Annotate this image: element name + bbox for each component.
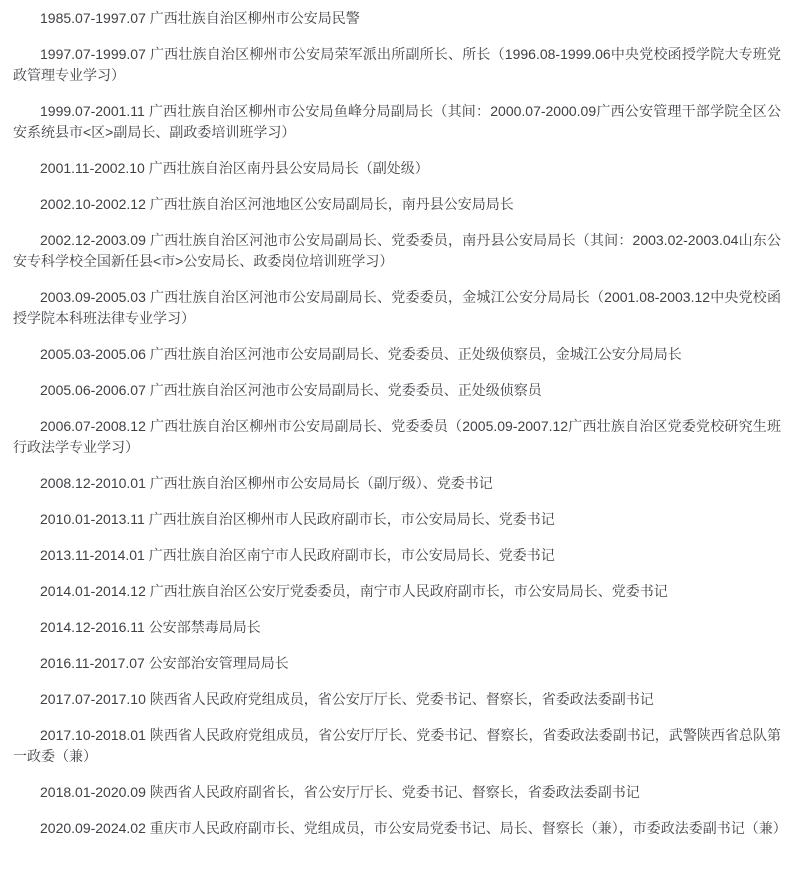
career-entry: 2018.01-2020.09 陕西省人民政府副省长，省公安厅厅长、党委书记、督… bbox=[13, 782, 781, 803]
entry-period: 1999.07-2001.11 bbox=[40, 103, 145, 119]
career-entry: 2008.12-2010.01 广西壮族自治区柳州市公安局局长（副厅级）、党委书… bbox=[13, 473, 781, 494]
entry-period: 2013.11-2014.01 bbox=[40, 547, 145, 563]
entry-description: 重庆市人民政府副市长、党组成员，市公安局党委书记、局长、督察长（兼），市委政法委… bbox=[146, 820, 787, 836]
entry-period: 2014.12-2016.11 bbox=[40, 619, 145, 635]
career-entry: 2014.12-2016.11 公安部禁毒局局长 bbox=[13, 617, 781, 638]
entry-period: 2006.07-2008.12 bbox=[40, 418, 146, 434]
career-entry: 2017.07-2017.10 陕西省人民政府党组成员，省公安厅厅长、党委书记、… bbox=[13, 689, 781, 710]
career-entry: 2005.03-2005.06 广西壮族自治区河池市公安局副局长、党委委员、正处… bbox=[13, 344, 781, 365]
career-entry: 1997.07-1999.07 广西壮族自治区柳州市公安局荣军派出所副所长、所长… bbox=[13, 44, 781, 86]
entry-period: 2016.11-2017.07 bbox=[40, 655, 145, 671]
career-entry: 2002.12-2003.09 广西壮族自治区河池市公安局副局长、党委委员，南丹… bbox=[13, 230, 781, 272]
career-entry: 2001.11-2002.10 广西壮族自治区南丹县公安局局长（副处级） bbox=[13, 158, 781, 179]
entry-description: 广西壮族自治区柳州市公安局民警 bbox=[146, 10, 360, 26]
entry-period: 2014.01-2014.12 bbox=[40, 583, 146, 599]
entry-period: 2005.06-2006.07 bbox=[40, 382, 146, 398]
entry-description: 广西壮族自治区河池市公安局副局长、党委委员、正处级侦察员 bbox=[146, 382, 542, 398]
entry-description: 广西壮族自治区公安厅党委委员，南宁市人民政府副市长，市公安局局长、党委书记 bbox=[146, 583, 668, 599]
career-entry: 2010.01-2013.11 广西壮族自治区柳州市人民政府副市长，市公安局局长… bbox=[13, 509, 781, 530]
career-entry: 2017.10-2018.01 陕西省人民政府党组成员，省公安厅厅长、党委书记、… bbox=[13, 725, 781, 767]
entry-description: 广西壮族自治区河池市公安局副局长、党委委员、正处级侦察员，金城江公安分局局长 bbox=[146, 346, 682, 362]
entry-description: 广西壮族自治区柳州市人民政府副市长，市公安局局长、党委书记 bbox=[145, 511, 555, 527]
career-timeline: 1985.07-1997.07 广西壮族自治区柳州市公安局民警1997.07-1… bbox=[13, 8, 781, 839]
career-entry: 2002.10-2002.12 广西壮族自治区河池地区公安局副局长，南丹县公安局… bbox=[13, 194, 781, 215]
article-body: 1985.07-1997.07 广西壮族自治区柳州市公安局民警1997.07-1… bbox=[0, 0, 793, 876]
career-entry: 2013.11-2014.01 广西壮族自治区南宁市人民政府副市长，市公安局局长… bbox=[13, 545, 781, 566]
entry-period: 1997.07-1999.07 bbox=[40, 46, 146, 62]
entry-description: 广西壮族自治区南宁市人民政府副市长，市公安局局长、党委书记 bbox=[145, 547, 555, 563]
entry-description: 广西壮族自治区南丹县公安局局长（副处级） bbox=[145, 160, 429, 176]
career-entry: 1985.07-1997.07 广西壮族自治区柳州市公安局民警 bbox=[13, 8, 781, 29]
entry-period: 2008.12-2010.01 bbox=[40, 475, 146, 491]
entry-description: 陕西省人民政府副省长，省公安厅厅长、党委书记、督察长，省委政法委副书记 bbox=[146, 784, 640, 800]
entry-period: 2017.10-2018.01 bbox=[40, 727, 146, 743]
entry-period: 2003.09-2005.03 bbox=[40, 289, 146, 305]
career-entry: 2016.11-2017.07 公安部治安管理局局长 bbox=[13, 653, 781, 674]
career-entry: 1999.07-2001.11 广西壮族自治区柳州市公安局鱼峰分局副局长（其间：… bbox=[13, 101, 781, 143]
entry-description: 公安部治安管理局局长 bbox=[145, 655, 289, 671]
entry-period: 2005.03-2005.06 bbox=[40, 346, 146, 362]
entry-period: 1985.07-1997.07 bbox=[40, 10, 146, 26]
entry-description: 广西壮族自治区河池地区公安局副局长，南丹县公安局局长 bbox=[146, 196, 514, 212]
entry-description: 广西壮族自治区柳州市公安局局长（副厅级）、党委书记 bbox=[146, 475, 493, 491]
career-entry: 2003.09-2005.03 广西壮族自治区河池市公安局副局长、党委委员，金城… bbox=[13, 287, 781, 329]
entry-period: 2010.01-2013.11 bbox=[40, 511, 145, 527]
entry-period: 2002.10-2002.12 bbox=[40, 196, 146, 212]
entry-period: 2017.07-2017.10 bbox=[40, 691, 146, 707]
entry-period: 2001.11-2002.10 bbox=[40, 160, 145, 176]
career-entry: 2006.07-2008.12 广西壮族自治区柳州市公安局副局长、党委委员（20… bbox=[13, 416, 781, 458]
career-entry: 2014.01-2014.12 广西壮族自治区公安厅党委委员，南宁市人民政府副市… bbox=[13, 581, 781, 602]
entry-period: 2018.01-2020.09 bbox=[40, 784, 146, 800]
career-entry: 2020.09-2024.02 重庆市人民政府副市长、党组成员，市公安局党委书记… bbox=[13, 818, 781, 839]
entry-period: 2002.12-2003.09 bbox=[40, 232, 146, 248]
career-entry: 2005.06-2006.07 广西壮族自治区河池市公安局副局长、党委委员、正处… bbox=[13, 380, 781, 401]
entry-description: 公安部禁毒局局长 bbox=[145, 619, 261, 635]
entry-description: 陕西省人民政府党组成员，省公安厅厅长、党委书记、督察长，省委政法委副书记 bbox=[146, 691, 654, 707]
entry-period: 2020.09-2024.02 bbox=[40, 820, 146, 836]
